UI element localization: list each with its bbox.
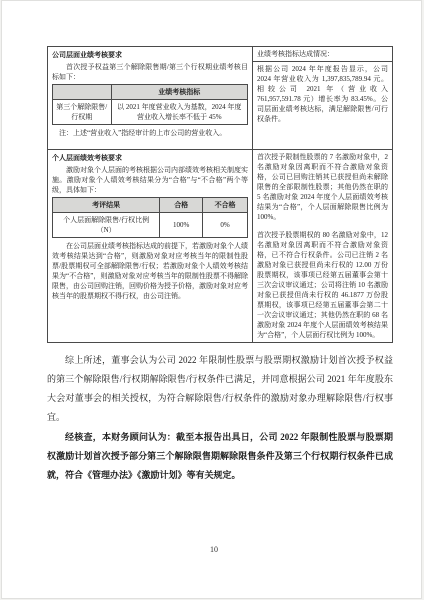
company-target-header-indicator: 业绩考核指标 [111, 85, 248, 100]
company-level-cell: 公司层面业绩考核要求 首次授予权益第三个解除限售期/第三个行权期业绩考核目标如下… [48, 47, 253, 150]
pass-header: 合格 [160, 198, 203, 213]
page-number: 10 [2, 545, 424, 554]
fail-ratio: 0% [203, 213, 248, 238]
advisor-opinion-paragraph: 经核查，本财务顾问认为：截至本报告出具日，公司 2022 年限制性股票与股票期权… [47, 428, 393, 485]
table-row: 个人层面绩效考核要求 激励对象个人层面的考核根据公司内部绩效考核相关制度实施。激… [48, 150, 393, 343]
individual-section-rule: 在公司层面业绩考核指标达成的前提下，若激励对象个人绩效考核结果达到“合格”，则激… [52, 241, 248, 301]
result-header: 考评结果 [53, 198, 160, 213]
document-page: 公司层面业绩考核要求 首次授予权益第三个解除限售期/第三个行权期业绩考核目标如下… [1, 0, 422, 599]
company-target-period: 第三个解除限售/行权期 [53, 100, 112, 125]
pass-ratio: 100% [160, 213, 203, 238]
body-text: 综上所述，董事会认为公司 2022 年限制性股票与股票期权激励计划首次授予权益的… [47, 351, 393, 485]
company-achievement-text: 根据公司 2024 年年度报告显示，公司 2024 年营业收入为 1,397,8… [257, 64, 388, 124]
individual-level-cell: 个人层面绩效考核要求 激励对象个人层面的考核根据公司内部绩效考核相关制度实施。激… [48, 150, 253, 343]
company-target-table: 业绩考核指标 第三个解除限售/行权期 以 2021 年度营业收入为基数，2024… [52, 84, 248, 125]
company-target-header-blank [53, 85, 112, 100]
restricted-stock-result: 首次授予限制性股票的 7 名激励对象中，2 名激励对象因离职而不符合激励对象资格… [257, 152, 388, 222]
board-conclusion-paragraph: 综上所述，董事会认为公司 2022 年限制性股票与股票期权激励计划首次授予权益的… [47, 351, 393, 427]
achievement-header-cell: 业绩考核指标达成情况： [253, 47, 393, 62]
table-row: 业绩考核指标 [53, 85, 248, 100]
ratio-label: 个人层面解除限售/行权比例（N） [53, 213, 160, 238]
stock-option-result: 首次授予股票期权的 80 名激励对象中，12 名激励对象因离职而不符合激励对象资… [257, 230, 388, 340]
table-row: 第三个解除限售/行权期 以 2021 年度营业收入为基数，2024 年度营业收入… [53, 100, 248, 125]
company-target-indicator: 以 2021 年度营业收入为基数，2024 年度营业收入增长率不低于 45% [111, 100, 248, 125]
individual-achievement-cell: 首次授予限制性股票的 7 名激励对象中，2 名激励对象因离职而不符合激励对象资格… [253, 150, 393, 343]
company-section-heading: 公司层面业绩考核要求 [52, 50, 248, 60]
table-row: 个人层面解除限售/行权比例（N） 100% 0% [53, 213, 248, 238]
individual-section-intro: 激励对象个人层面的考核根据公司内部绩效考核相关制度实施。激励对象个人绩效考核结果… [52, 165, 248, 195]
table-row: 考评结果 合格 不合格 [53, 198, 248, 213]
table-row: 公司层面业绩考核要求 首次授予权益第三个解除限售期/第三个行权期业绩考核目标如下… [48, 47, 393, 62]
fail-header: 不合格 [203, 198, 248, 213]
individual-result-table: 考评结果 合格 不合格 个人层面解除限售/行权比例（N） 100% 0% [52, 197, 248, 238]
company-section-intro: 首次授予权益第三个解除限售期/第三个行权期业绩考核目标如下： [52, 62, 248, 82]
company-target-note: 注：上述“营业收入”指经审计的上市公司的营业收入。 [52, 128, 248, 138]
individual-section-heading: 个人层面绩效考核要求 [52, 153, 248, 163]
assessment-table: 公司层面业绩考核要求 首次授予权益第三个解除限售期/第三个行权期业绩考核目标如下… [47, 46, 393, 343]
company-achievement-cell: 根据公司 2024 年年度报告显示，公司 2024 年营业收入为 1,397,8… [253, 62, 393, 150]
